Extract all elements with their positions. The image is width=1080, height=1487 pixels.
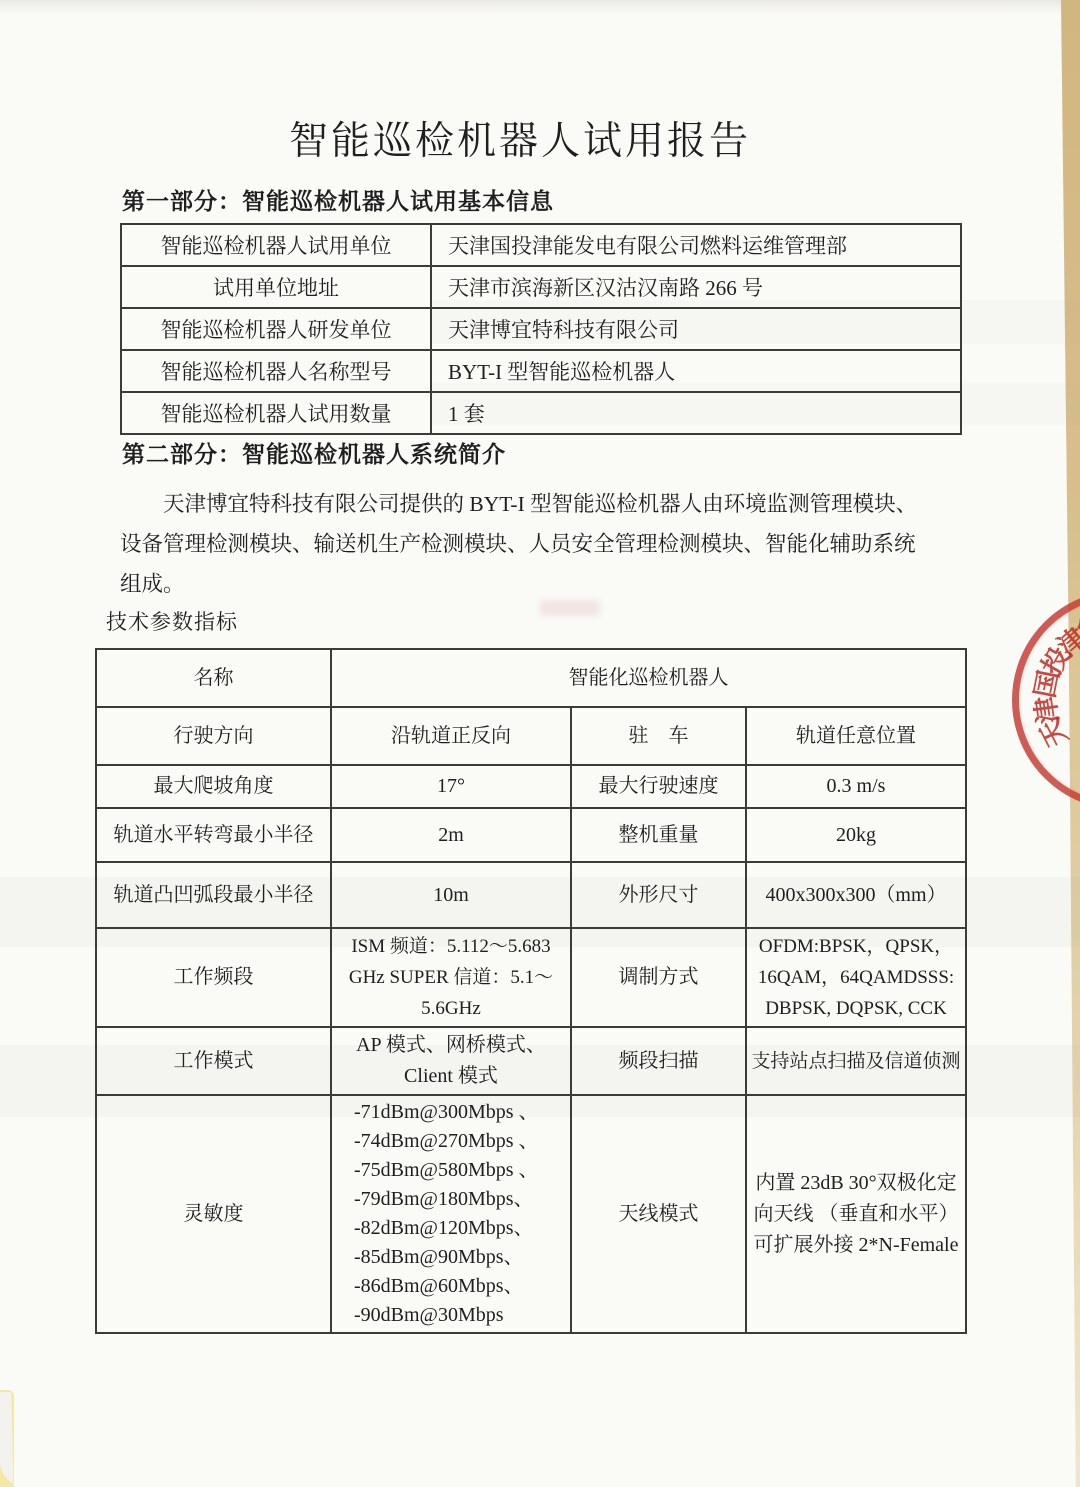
row-value: 天津国投津能发电有限公司燃料运维管理部 [431, 224, 961, 266]
scanned-report-page: 智能巡检机器人试用报告 第一部分：智能巡检机器人试用基本信息 智能巡检机器人试用… [0, 0, 1080, 1487]
sensitivity-line: -85dBm@90Mbps、 [354, 1243, 564, 1272]
scan-right-edge-strip [1061, 0, 1080, 1487]
row-value: 天津博宜特科技有限公司 [431, 308, 961, 350]
stamp-character: 投 [1036, 641, 1077, 682]
spec-cell: 调制方式 [571, 928, 746, 1027]
paper-corner-curl [0, 1392, 40, 1487]
spec-cell: 400x300x300（mm） [746, 862, 966, 928]
table-row: 轨道水平转弯最小半径 2m 整机重量 20kg [96, 808, 966, 862]
stamp-character: 津 [1030, 693, 1064, 727]
spec-cell: 内置 23dB 30°双极化定向天线 （垂直和水平）可扩展外接 2*N-Fema… [746, 1095, 966, 1333]
paragraph-line: 设备管理检测模块、输送机生产检测模块、人员安全管理检测模块、智能化辅助系统 [120, 524, 955, 564]
sensitivity-line: -75dBm@580Mbps 、 [354, 1156, 564, 1185]
sensitivity-cell: -71dBm@300Mbps 、 -74dBm@270Mbps 、 -75dBm… [331, 1095, 571, 1333]
table-row: 最大爬坡角度 17° 最大行驶速度 0.3 m/s [96, 765, 966, 808]
table-row: 名称 智能化巡检机器人 [96, 649, 966, 707]
spec-cell: 行驶方向 [96, 707, 331, 765]
spec-cell: 频段扫描 [571, 1027, 746, 1095]
row-label: 智能巡检机器人名称型号 [121, 350, 431, 392]
table-row: 轨道凸凹弧段最小半径 10m 外形尺寸 400x300x300（mm） [96, 862, 966, 928]
spec-name-label: 名称 [96, 649, 331, 707]
spec-cell: 整机重量 [571, 808, 746, 862]
table-row: 工作模式 AP 模式、网桥模式、Client 模式 频段扫描 支持站点扫描及信道… [96, 1027, 966, 1095]
spec-cell: 轨道水平转弯最小半径 [96, 808, 331, 862]
spec-cell: 轨道凸凹弧段最小半径 [96, 862, 331, 928]
page-title: 智能巡检机器人试用报告 [0, 110, 1040, 166]
spec-cell: 17° [331, 765, 571, 808]
table-row: 行驶方向 沿轨道正反向 驻 车 轨道任意位置 [96, 707, 966, 765]
spec-cell: 外形尺寸 [571, 862, 746, 928]
stamp-character: 能 [1072, 609, 1080, 648]
row-label: 试用单位地址 [121, 266, 431, 308]
intro-paragraph: 天津博宜特科技有限公司提供的 BYT-I 型智能巡检机器人由环境监测管理模块、 … [120, 484, 955, 604]
spec-cell: 0.3 m/s [746, 765, 966, 808]
row-value: BYT-I 型智能巡检机器人 [431, 350, 961, 392]
table-row: 智能巡检机器人试用单位 天津国投津能发电有限公司燃料运维管理部 [121, 224, 961, 266]
table-row: 智能巡检机器人名称型号 BYT-I 型智能巡检机器人 [121, 350, 961, 392]
sensitivity-line: -90dBm@30Mbps [354, 1301, 564, 1330]
spec-table: 名称 智能化巡检机器人 行驶方向 沿轨道正反向 驻 车 轨道任意位置 最大爬坡角… [95, 648, 967, 1334]
table-row: 智能巡检机器人试用数量 1 套 [121, 392, 961, 434]
row-value: 1 套 [431, 392, 961, 434]
tech-params-label: 技术参数指标 [106, 606, 238, 636]
scan-left-yellow-strip [0, 1390, 14, 1487]
spec-cell: 沿轨道正反向 [331, 707, 571, 765]
spec-cell: OFDM:BPSK，QPSK，16QAM，64QAMDSSS: DBPSK, D… [746, 928, 966, 1027]
spec-cell: 2m [331, 808, 571, 862]
spec-cell: 工作频段 [96, 928, 331, 1027]
spec-cell: 最大行驶速度 [571, 765, 746, 808]
spec-cell: 10m [331, 862, 571, 928]
table-row: 智能巡检机器人研发单位 天津博宜特科技有限公司 [121, 308, 961, 350]
spec-cell: 天线模式 [571, 1095, 746, 1333]
table-row: 工作频段 ISM 频道：5.112～5.683 GHz SUPER 信道：5.1… [96, 928, 966, 1027]
spec-name-value: 智能化巡检机器人 [331, 649, 966, 707]
row-value: 天津市滨海新区汉沽汉南路 266 号 [431, 266, 961, 308]
company-stamp-icon [1012, 590, 1080, 810]
stamp-character: 津 [1051, 621, 1080, 663]
paragraph-line: 组成。 [120, 564, 955, 604]
sensitivity-line: -86dBm@60Mbps、 [354, 1272, 564, 1301]
spec-cell: ISM 频道：5.112～5.683 GHz SUPER 信道：5.1～5.6G… [331, 928, 571, 1027]
sensitivity-line: -71dBm@300Mbps 、 [354, 1098, 564, 1127]
table-row: 灵敏度 -71dBm@300Mbps 、 -74dBm@270Mbps 、 -7… [96, 1095, 966, 1333]
spec-cell: 20kg [746, 808, 966, 862]
section-1-heading: 第一部分：智能巡检机器人试用基本信息 [122, 183, 554, 216]
basic-info-table: 智能巡检机器人试用单位 天津国投津能发电有限公司燃料运维管理部 试用单位地址 天… [120, 223, 962, 435]
scan-top-shadow [0, 0, 1080, 14]
sensitivity-line: -82dBm@120Mbps、 [354, 1214, 564, 1243]
table-row: 试用单位地址 天津市滨海新区汉沽汉南路 266 号 [121, 266, 961, 308]
spec-cell: 轨道任意位置 [746, 707, 966, 765]
spec-cell: 最大爬坡角度 [96, 765, 331, 808]
sensitivity-line: -74dBm@270Mbps 、 [354, 1127, 564, 1156]
paragraph-line: 天津博宜特科技有限公司提供的 BYT-I 型智能巡检机器人由环境监测管理模块、 [120, 484, 955, 524]
section-2-heading: 第二部分：智能巡检机器人系统简介 [122, 436, 506, 469]
row-label: 智能巡检机器人试用数量 [121, 392, 431, 434]
row-label: 智能巡检机器人试用单位 [121, 224, 431, 266]
spec-cell: 工作模式 [96, 1027, 331, 1095]
spec-cell: 驻 车 [571, 707, 746, 765]
spec-cell: 灵敏度 [96, 1095, 331, 1333]
sensitivity-line: -79dBm@180Mbps、 [354, 1185, 564, 1214]
row-label: 智能巡检机器人研发单位 [121, 308, 431, 350]
spec-cell: 支持站点扫描及信道侦测 [746, 1027, 966, 1095]
stamp-character: 国 [1029, 666, 1064, 701]
stamp-character: 天 [1034, 713, 1074, 753]
spec-cell: AP 模式、网桥模式、Client 模式 [331, 1027, 571, 1095]
